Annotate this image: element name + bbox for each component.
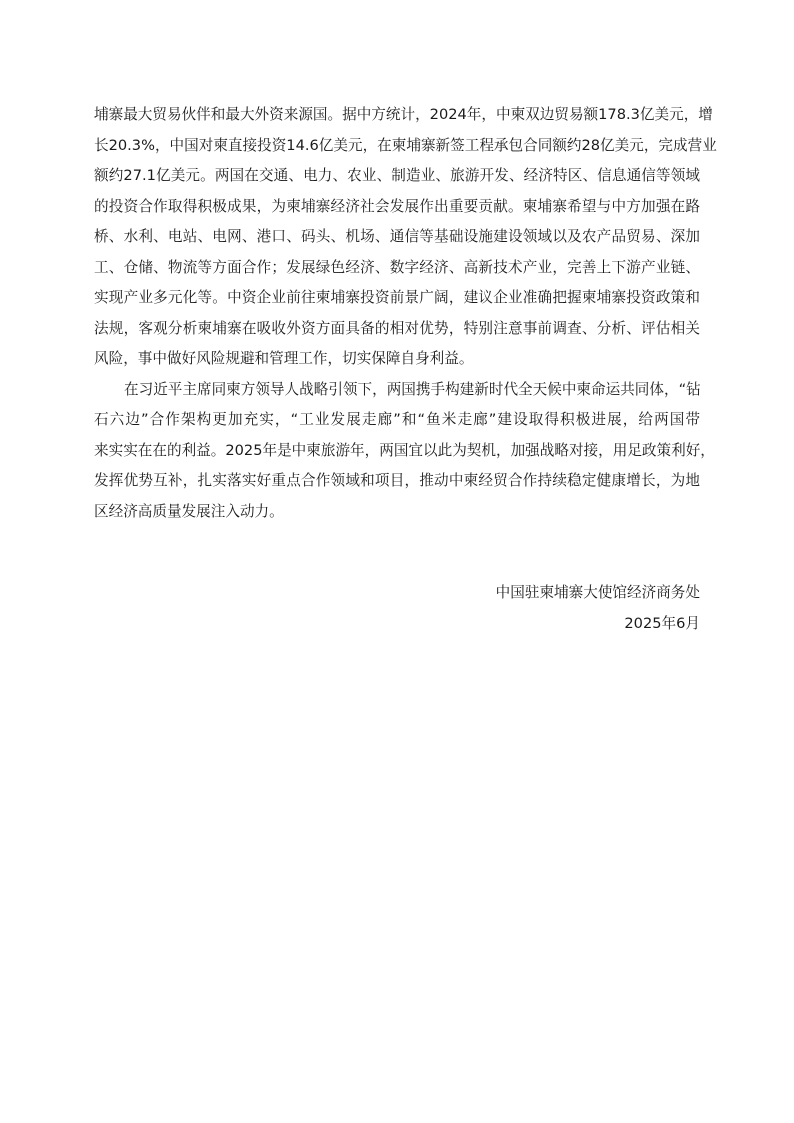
text-line: 石六边”合作架构更加充实，“工业发展走廊”和“鱼米走廊”建设取得积极进展，给两国… — [94, 405, 700, 436]
text-line: 来实实在在的利益。2025年是中柬旅游年，两国宜以此为契机，加强战略对接，用足政… — [94, 436, 700, 467]
signature-organization: 中国驻柬埔寨大使馆经济商务处 — [496, 578, 700, 609]
paragraph-2: 在习近平主席同柬方领导人战略引领下，两国携手构建新时代全天候中柬命运共同体，“钻… — [94, 375, 700, 528]
text-line: 发挥优势互补，扎实落实好重点合作领域和项目，推动中柬经贸合作持续稳定健康增长，为… — [94, 466, 700, 497]
text-line: 长20.3%，中国对柬直接投资14.6亿美元，在柬埔寨新签工程承包合同额约28亿… — [94, 131, 700, 162]
text-line: 风险，事中做好风险规避和管理工作，切实保障自身利益。 — [94, 344, 700, 375]
text-line: 的投资合作取得积极成果，为柬埔寨经济社会发展作出重要贡献。柬埔寨希望与中方加强在… — [94, 192, 700, 223]
text-line: 工、仓储、物流等方面合作；发展绿色经济、数字经济、高新技术产业，完善上下游产业链… — [94, 253, 700, 284]
text-line: 在习近平主席同柬方领导人战略引领下，两国携手构建新时代全天候中柬命运共同体，“钻 — [94, 375, 700, 406]
paragraph-1: 埔寨最大贸易伙伴和最大外资来源国。据中方统计，2024年，中柬双边贸易额178.… — [94, 100, 700, 375]
text-line: 埔寨最大贸易伙伴和最大外资来源国。据中方统计，2024年，中柬双边贸易额178.… — [94, 100, 700, 131]
text-line: 法规，客观分析柬埔寨在吸收外资方面具备的相对优势，特别注意事前调查、分析、评估相… — [94, 314, 700, 345]
signature-date: 2025年6月 — [496, 609, 700, 640]
document-body: 埔寨最大贸易伙伴和最大外资来源国。据中方统计，2024年，中柬双边贸易额178.… — [94, 100, 700, 527]
text-line: 额约27.1亿美元。两国在交通、电力、农业、制造业、旅游开发、经济特区、信息通信… — [94, 161, 700, 192]
text-line: 桥、水利、电站、电网、港口、码头、机场、通信等基础设施建设领域以及农产品贸易、深… — [94, 222, 700, 253]
signature-block: 中国驻柬埔寨大使馆经济商务处 2025年6月 — [496, 578, 700, 639]
text-line: 实现产业多元化等。中资企业前往柬埔寨投资前景广阔，建议企业准确把握柬埔寨投资政策… — [94, 283, 700, 314]
text-line: 区经济高质量发展注入动力。 — [94, 497, 700, 528]
